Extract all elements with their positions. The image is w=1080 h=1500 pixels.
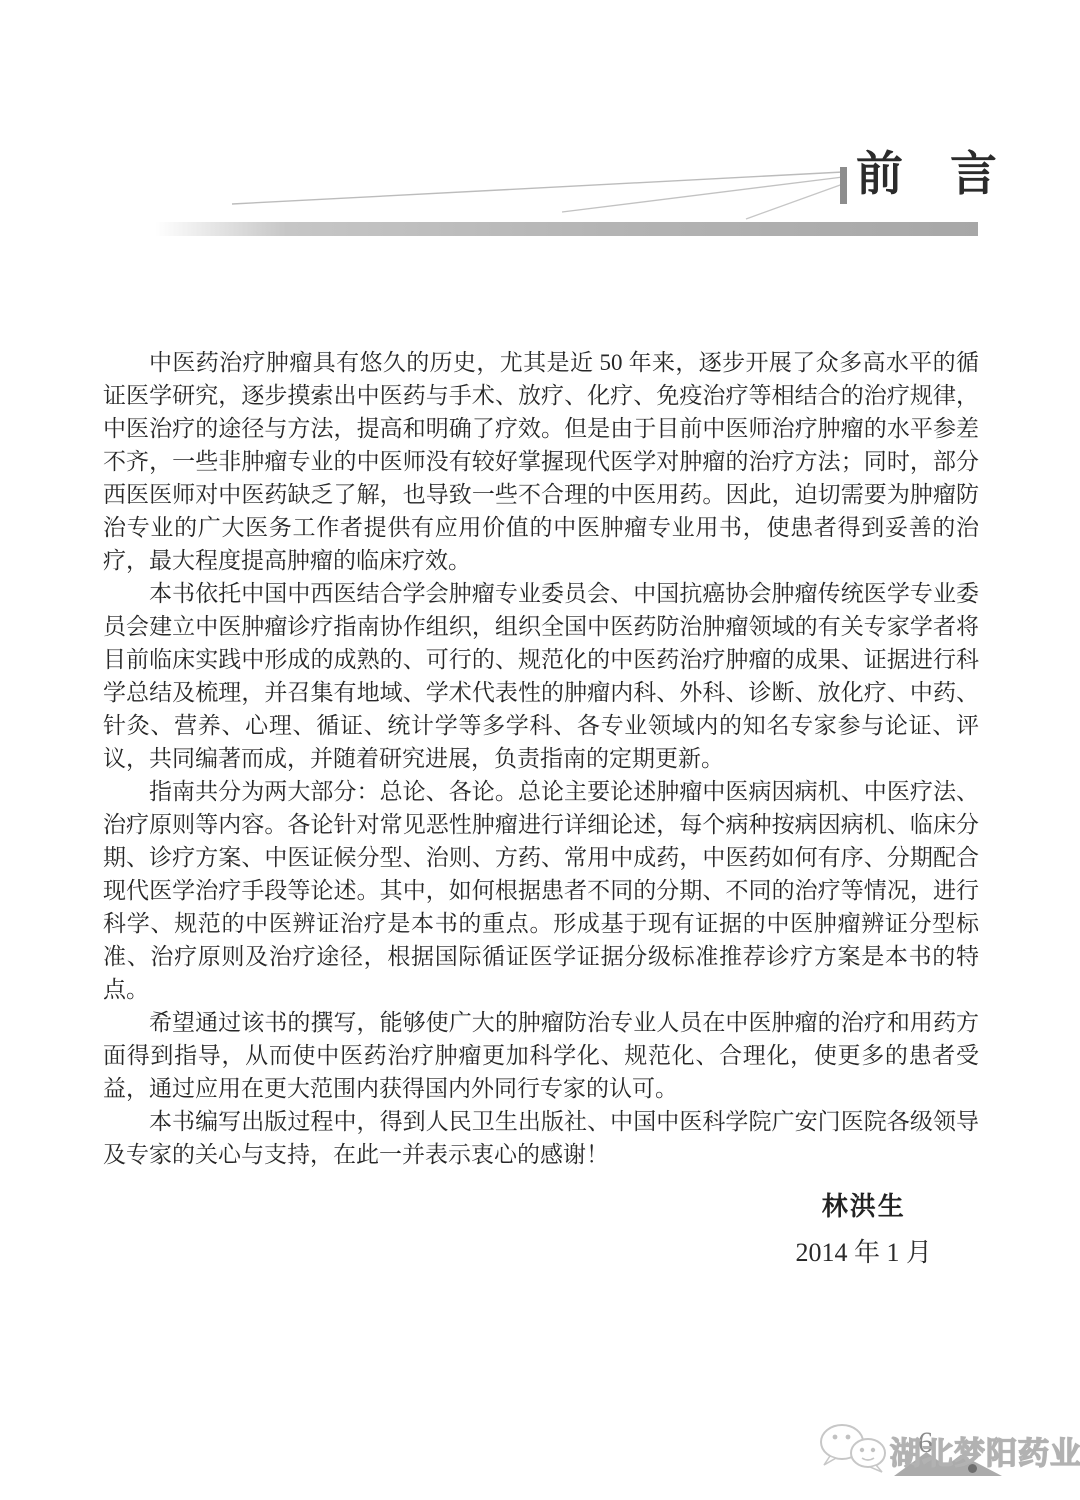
signature-block: 林洪生 2014 年 1 月 [795, 1186, 932, 1269]
paragraph-1: 中医药治疗肿瘤具有悠久的历史，尤其是近 50 年来，逐步开展了众多高水平的循证医… [103, 346, 979, 577]
watermark-text: 湖北梦阳药业 [890, 1428, 1080, 1473]
paragraph-2: 本书依托中国中西医结合学会肿瘤专业委员会、中国抗癌协会肿瘤传统医学专业委员会建立… [103, 577, 979, 775]
wechat-icon [816, 1420, 892, 1474]
signature-date: 2014 年 1 月 [795, 1232, 932, 1269]
watermark: 6 湖北梦阳药业 [816, 1416, 1066, 1478]
paragraph-3: 指南共分为两大部分：总论、各论。总论主要论述肿瘤中医病因病机、中医疗法、治疗原则… [103, 775, 979, 1006]
author-name: 林洪生 [795, 1186, 932, 1223]
paragraph-4: 希望通过该书的撰写，能够使广大的肿瘤防治专业人员在中医肿瘤的治疗和用药方面得到指… [103, 1006, 979, 1105]
preface-body: 中医药治疗肿瘤具有悠久的历史，尤其是近 50 年来，逐步开展了众多高水平的循证医… [103, 346, 979, 1171]
page-title: 前 言 [856, 150, 997, 197]
decorative-converging-lines [0, 0, 1080, 260]
header-gradient-bar [155, 222, 978, 236]
book-page: 前 言 中医药治疗肿瘤具有悠久的历史，尤其是近 50 年来，逐步开展了众多高水平… [0, 0, 1080, 1500]
title-accent-bar [840, 167, 847, 204]
paragraph-5: 本书编写出版过程中，得到人民卫生出版社、中国中医科学院广安门医院各级领导及专家的… [103, 1105, 979, 1171]
